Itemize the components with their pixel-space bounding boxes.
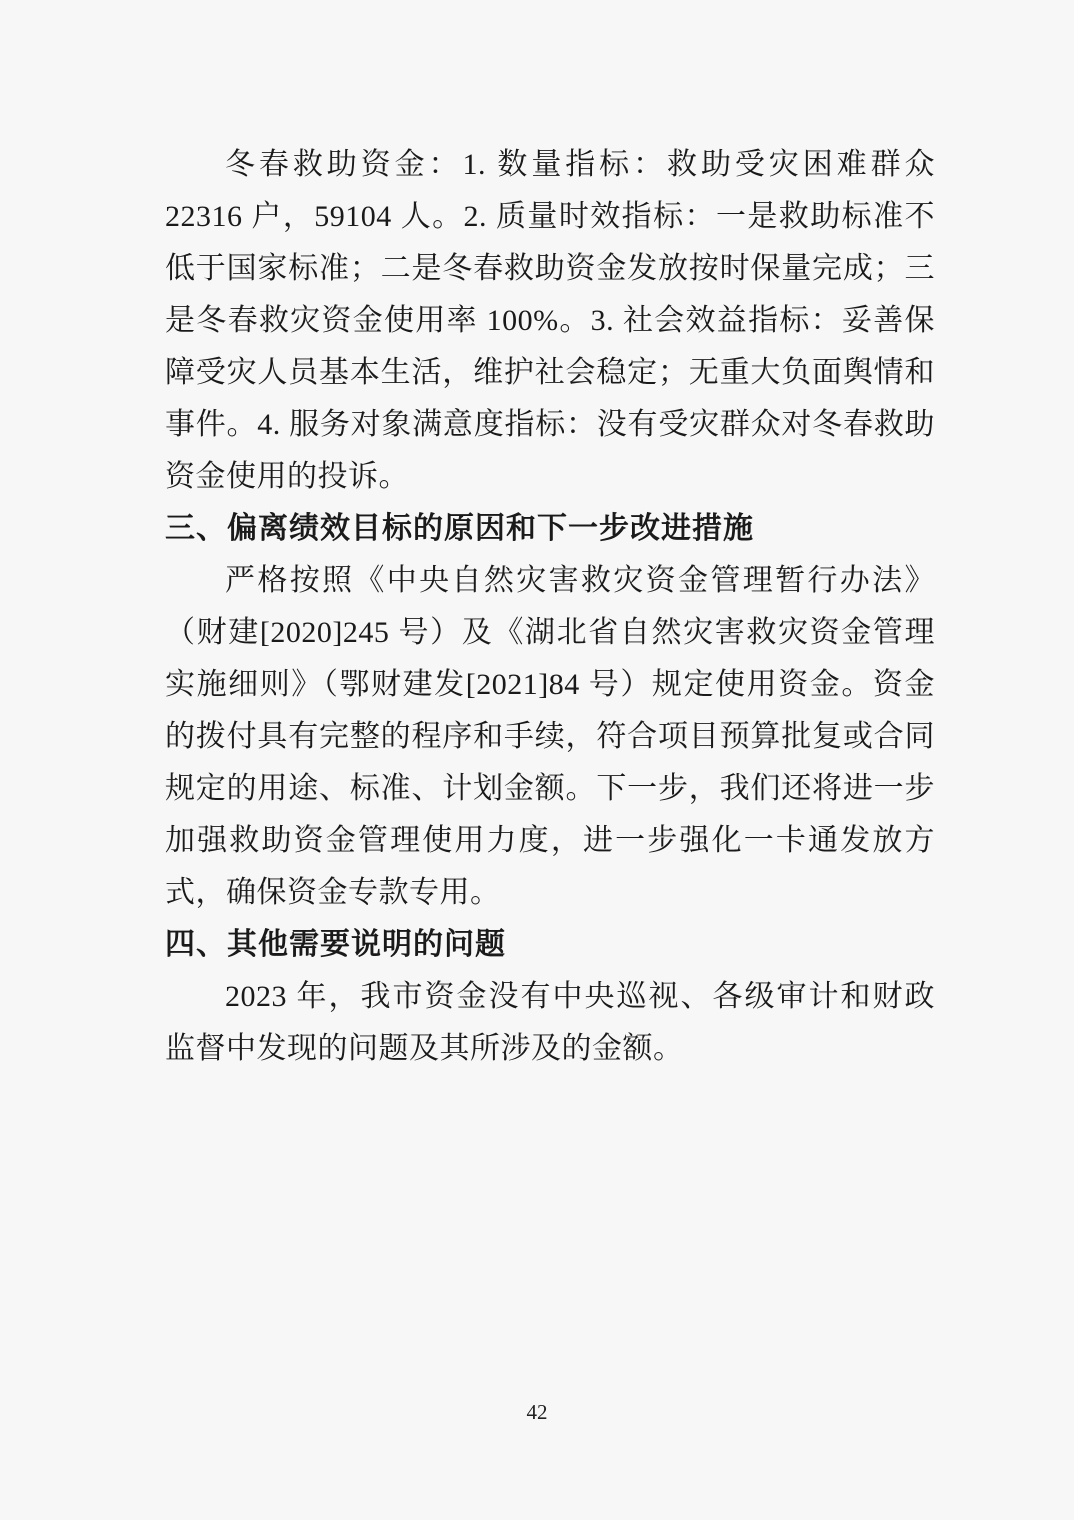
body-paragraph-no-issues-found: 2023 年，我市资金没有中央巡视、各级审计和财政监督中发现的问题及其所涉及的金… xyxy=(165,971,935,1075)
document-page: 冬春救助资金：1. 数量指标：救助受灾困难群众 22316 户，59104 人。… xyxy=(0,0,1074,1520)
document-body: 冬春救助资金：1. 数量指标：救助受灾困难群众 22316 户，59104 人。… xyxy=(165,139,935,1075)
section-heading-4-other-issues: 四、其他需要说明的问题 xyxy=(165,919,935,971)
body-paragraph-winter-spring-relief-indicators: 冬春救助资金：1. 数量指标：救助受灾困难群众 22316 户，59104 人。… xyxy=(165,139,935,503)
body-paragraph-fund-management-measures: 严格按照《中央自然灾害救灾资金管理暂行办法》（财建[2020]245 号）及《湖… xyxy=(165,555,935,919)
page-number: 42 xyxy=(0,1399,1074,1425)
section-heading-3-deviation-reasons: 三、偏离绩效目标的原因和下一步改进措施 xyxy=(165,503,935,555)
